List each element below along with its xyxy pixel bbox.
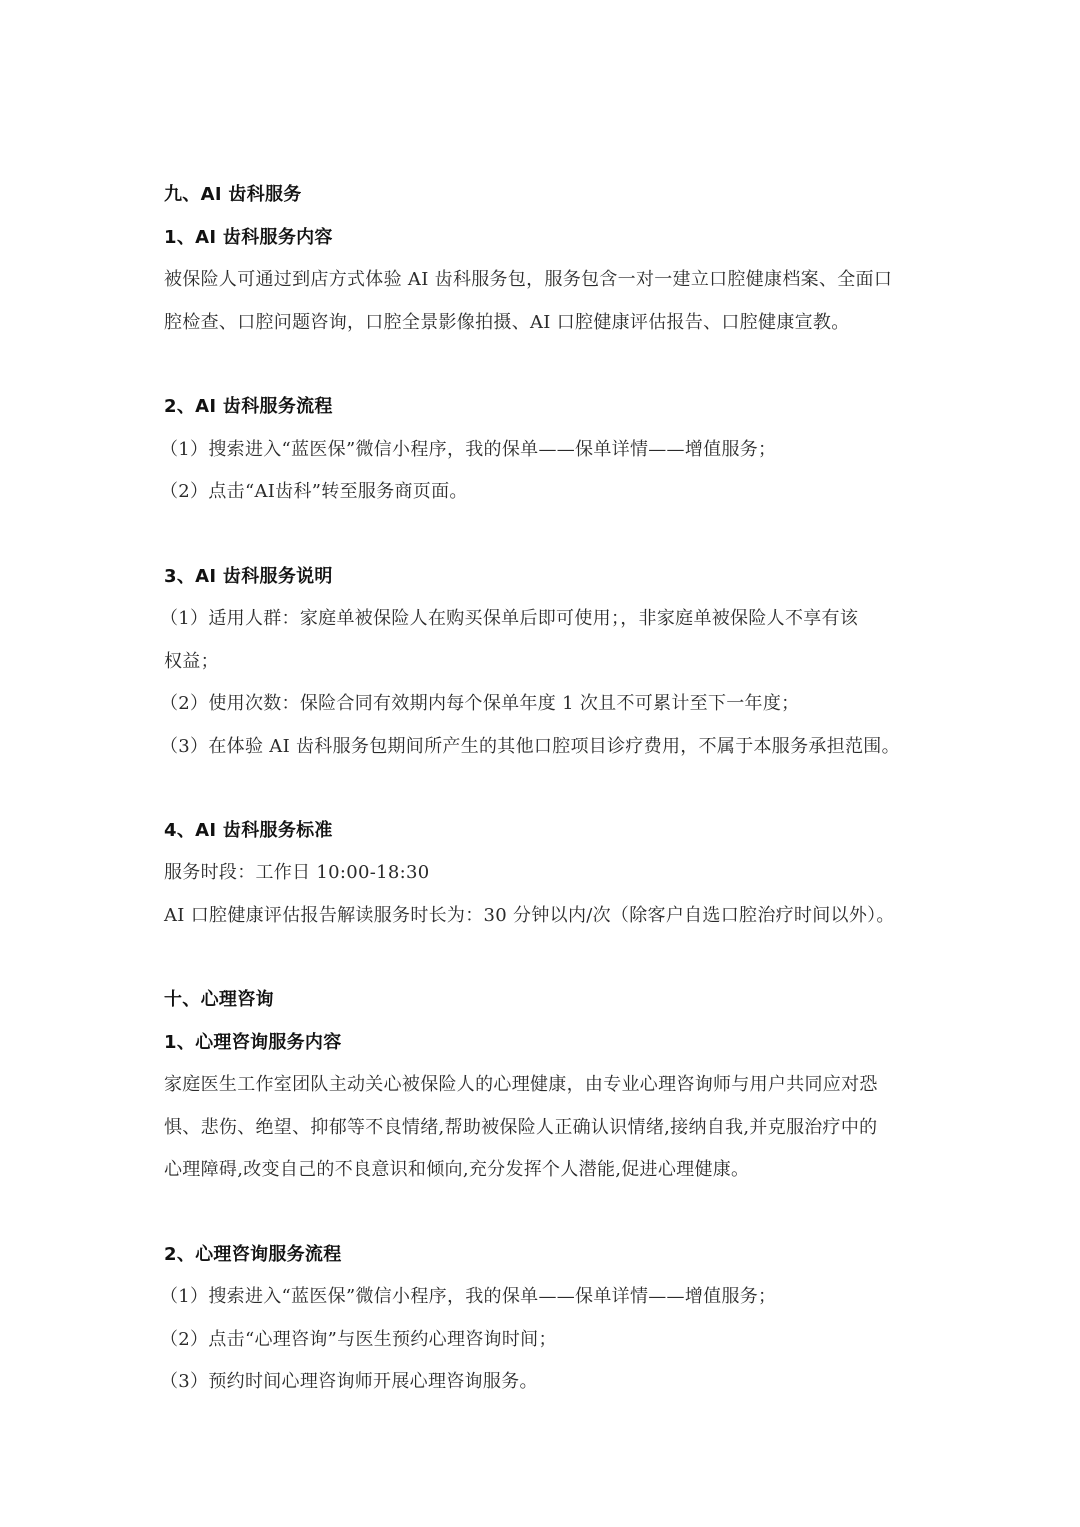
list-item: （2）点击“AI齿科”转至服务商页面。 bbox=[160, 480, 920, 504]
document-page: 九、AI 齿科服务 1、AI 齿科服务内容 被保险人可通过到店方式体验 AI 齿… bbox=[0, 0, 1080, 1527]
service-hours: 服务时段：工作日 10:00-18:30 bbox=[164, 861, 924, 885]
paragraph-line: 惧、悲伤、绝望、抑郁等不良情绪,帮助被保险人正确认识情绪,接纳自我,并克服治疗中… bbox=[164, 1116, 924, 1140]
subsection-heading-dental-content: 1、AI 齿科服务内容 bbox=[164, 226, 924, 250]
paragraph-line: 心理障碍,改变自己的不良意识和倾向,充分发挥个人潜能,促进心理健康。 bbox=[164, 1158, 924, 1182]
subsection-heading-dental-process: 2、AI 齿科服务流程 bbox=[164, 395, 924, 419]
paragraph-line: 被保险人可通过到店方式体验 AI 齿科服务包，服务包含一对一建立口腔健康档案、全… bbox=[164, 268, 924, 292]
paragraph-line: 家庭医生工作室团队主动关心被保险人的心理健康，由专业心理咨询师与用户共同应对恐 bbox=[164, 1073, 924, 1097]
list-item: （1）搜索进入“蓝医保”微信小程序，我的保单——保单详情——增值服务； bbox=[160, 438, 920, 462]
list-item: （3）预约时间心理咨询师开展心理咨询服务。 bbox=[160, 1370, 920, 1394]
list-item: （2）点击“心理咨询”与医生预约心理咨询时间； bbox=[160, 1328, 920, 1352]
subsection-heading-psych-content: 1、心理咨询服务内容 bbox=[164, 1031, 924, 1055]
list-item: （1）搜索进入“蓝医保”微信小程序，我的保单——保单详情——增值服务； bbox=[160, 1285, 920, 1309]
service-duration: AI 口腔健康评估报告解读服务时长为：30 分钟以内/次（除客户自选口腔治疗时间… bbox=[164, 904, 924, 928]
list-item: （2）使用次数：保险合同有效期内每个保单年度 1 次且不可累计至下一年度； bbox=[160, 692, 920, 716]
paragraph-line: 腔检查、口腔问题咨询，口腔全景影像拍摄、AI 口腔健康评估报告、口腔健康宣教。 bbox=[164, 311, 924, 335]
list-item: （1）适用人群：家庭单被保险人在购买保单后即可使用；，非家庭单被保险人不享有该 bbox=[160, 607, 920, 631]
subsection-heading-dental-standard: 4、AI 齿科服务标准 bbox=[164, 819, 924, 843]
list-item-continuation: 权益； bbox=[164, 650, 924, 674]
subsection-heading-dental-notes: 3、AI 齿科服务说明 bbox=[164, 565, 924, 589]
subsection-heading-psych-process: 2、心理咨询服务流程 bbox=[164, 1243, 924, 1267]
list-item: （3）在体验 AI 齿科服务包期间所产生的其他口腔项目诊疗费用，不属于本服务承担… bbox=[160, 735, 920, 759]
section-title-psych-consult: 十、心理咨询 bbox=[164, 988, 924, 1012]
section-title-ai-dental: 九、AI 齿科服务 bbox=[164, 183, 924, 207]
